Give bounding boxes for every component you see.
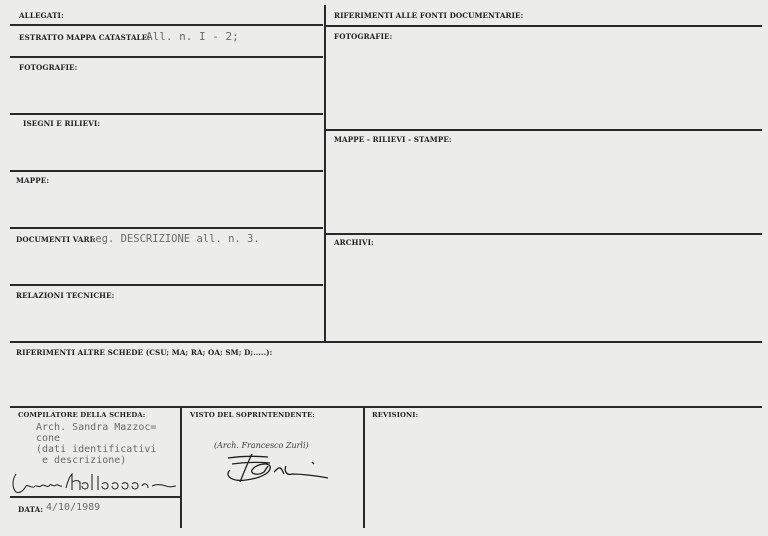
divider bbox=[326, 129, 762, 131]
compilatore-line-4: e descrizione) bbox=[36, 455, 126, 466]
footer-divider bbox=[363, 406, 365, 528]
relazioni-tecniche-label: RELAZIONI TECNICHE: bbox=[16, 291, 114, 300]
soprintendente-stamp-name: (Arch. Francesco Zurli) bbox=[214, 441, 309, 450]
data-value[interactable]: 4/10/1989 bbox=[46, 502, 100, 514]
compilatore-label: COMPILATORE DELLA SCHEDA: bbox=[18, 411, 145, 419]
compilatore-line-1: Arch. Sandra Mazzoc= bbox=[36, 422, 156, 433]
visto-soprintendente-label: VISTO DEL SOPRINTENDENTE: bbox=[190, 411, 315, 419]
divider bbox=[10, 406, 762, 408]
divider bbox=[326, 25, 762, 27]
divider bbox=[10, 113, 323, 115]
divider bbox=[10, 170, 323, 172]
divider bbox=[10, 24, 323, 26]
revisioni-label: REVISIONI: bbox=[372, 411, 418, 419]
fonti-mappe-rilievi-stampe-label: MAPPE - RILIEVI - STAMPE: bbox=[334, 135, 452, 144]
disegni-rilievi-label: ISEGNI E RILIEVI: bbox=[23, 119, 100, 128]
estratto-mappa-label: ESTRATTO MAPPA CATASTALE: bbox=[19, 33, 150, 42]
divider bbox=[10, 227, 323, 229]
riferimenti-fonti-header: RIFERIMENTI ALLE FONTI DOCUMENTARIE: bbox=[334, 11, 523, 20]
compilatore-line-2: cone bbox=[36, 433, 60, 444]
center-divider bbox=[324, 5, 326, 342]
compilatore-line-3: (dati identificativi bbox=[36, 444, 156, 455]
riferimenti-altre-schede-label: RIFERIMENTI ALTRE SCHEDE (CSU; MA; RA; O… bbox=[16, 348, 272, 357]
compilatore-signature-icon bbox=[8, 470, 180, 496]
fonti-fotografie-label: FOTOGRAFIE: bbox=[334, 32, 392, 41]
fonti-archivi-label: ARCHIVI: bbox=[334, 238, 374, 247]
allegati-header: ALLEGATI: bbox=[19, 11, 64, 20]
estratto-mappa-value[interactable]: All. n. I - 2; bbox=[146, 31, 239, 43]
signature-line bbox=[10, 496, 180, 498]
documenti-vari-label: DOCUMENTI VARI: bbox=[16, 235, 96, 244]
soprintendente-signature-icon bbox=[222, 452, 332, 484]
footer-divider bbox=[180, 406, 182, 528]
data-label: DATA: bbox=[18, 505, 43, 514]
divider bbox=[10, 56, 323, 58]
fotografie-label: FOTOGRAFIE: bbox=[19, 63, 77, 72]
divider bbox=[10, 284, 323, 286]
mappe-label: MAPPE: bbox=[16, 176, 49, 185]
divider bbox=[10, 341, 762, 343]
divider bbox=[326, 233, 762, 235]
documenti-vari-value[interactable]: seg. DESCRIZIONE all. n. 3. bbox=[89, 233, 260, 245]
